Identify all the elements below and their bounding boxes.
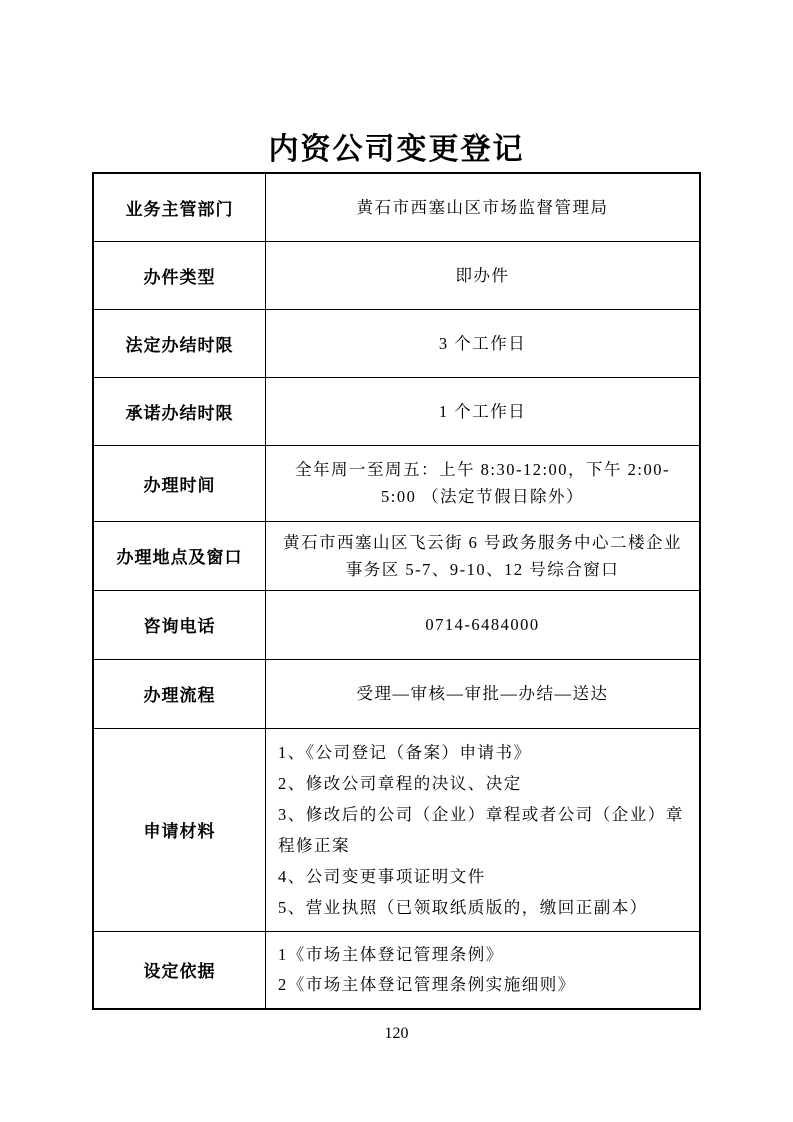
material-item-2: 2、修改公司章程的决议、决定: [278, 768, 691, 799]
table-row-location: 办理地点及窗口 黄石市西塞山区飞云街 6 号政务服务中心二楼企业事务区 5-7、…: [93, 521, 700, 590]
row-label-department: 业务主管部门: [93, 173, 266, 241]
row-label-location: 办理地点及窗口: [93, 521, 266, 590]
row-value-process: 受理—审核—审批—办结—送达: [266, 659, 701, 728]
table-row-legal-basis: 设定依据 1《市场主体登记管理条例》 2《市场主体登记管理条例实施细则》: [93, 931, 700, 1009]
row-value-department: 黄石市西塞山区市场监督管理局: [266, 173, 701, 241]
row-label-process: 办理流程: [93, 659, 266, 728]
document-page: 内资公司变更登记 业务主管部门 黄石市西塞山区市场监督管理局 办件类型 即办件 …: [0, 0, 793, 1122]
row-label-materials: 申请材料: [93, 728, 266, 931]
row-label-legal-basis: 设定依据: [93, 931, 266, 1009]
table-row-phone: 咨询电话 0714-6484000: [93, 590, 700, 659]
material-item-3: 3、修改后的公司（企业）章程或者公司（企业）章程修正案: [278, 799, 691, 861]
row-value-office-hours: 全年周一至周五：上午 8:30-12:00，下午 2:00-5:00 （法定节假…: [266, 445, 701, 521]
info-table: 业务主管部门 黄石市西塞山区市场监督管理局 办件类型 即办件 法定办结时限 3 …: [92, 172, 701, 1010]
row-label-statutory-limit: 法定办结时限: [93, 309, 266, 377]
row-value-phone: 0714-6484000: [266, 590, 701, 659]
row-value-materials: 1、《公司登记（备案）申请书》 2、修改公司章程的决议、决定 3、修改后的公司（…: [266, 728, 701, 931]
legal-basis-item-1: 1《市场主体登记管理条例》: [278, 940, 691, 970]
table-row-item-type: 办件类型 即办件: [93, 241, 700, 309]
row-value-statutory-limit: 3 个工作日: [266, 309, 701, 377]
table-row-department: 业务主管部门 黄石市西塞山区市场监督管理局: [93, 173, 700, 241]
row-value-promised-limit: 1 个工作日: [266, 377, 701, 445]
legal-basis-item-2: 2《市场主体登记管理条例实施细则》: [278, 970, 691, 1000]
row-value-item-type: 即办件: [266, 241, 701, 309]
row-label-item-type: 办件类型: [93, 241, 266, 309]
material-item-5: 5、营业执照（已领取纸质版的，缴回正副本）: [278, 892, 691, 923]
page-title: 内资公司变更登记: [0, 0, 793, 169]
table-row-statutory-limit: 法定办结时限 3 个工作日: [93, 309, 700, 377]
page-number: 120: [0, 1024, 793, 1044]
table-row-office-hours: 办理时间 全年周一至周五：上午 8:30-12:00，下午 2:00-5:00 …: [93, 445, 700, 521]
row-label-phone: 咨询电话: [93, 590, 266, 659]
table-row-materials: 申请材料 1、《公司登记（备案）申请书》 2、修改公司章程的决议、决定 3、修改…: [93, 728, 700, 931]
row-value-location: 黄石市西塞山区飞云街 6 号政务服务中心二楼企业事务区 5-7、9-10、12 …: [266, 521, 701, 590]
table-row-process: 办理流程 受理—审核—审批—办结—送达: [93, 659, 700, 728]
material-item-4: 4、公司变更事项证明文件: [278, 861, 691, 892]
row-label-office-hours: 办理时间: [93, 445, 266, 521]
table-row-promised-limit: 承诺办结时限 1 个工作日: [93, 377, 700, 445]
row-value-legal-basis: 1《市场主体登记管理条例》 2《市场主体登记管理条例实施细则》: [266, 931, 701, 1009]
material-item-1: 1、《公司登记（备案）申请书》: [278, 737, 691, 768]
row-label-promised-limit: 承诺办结时限: [93, 377, 266, 445]
